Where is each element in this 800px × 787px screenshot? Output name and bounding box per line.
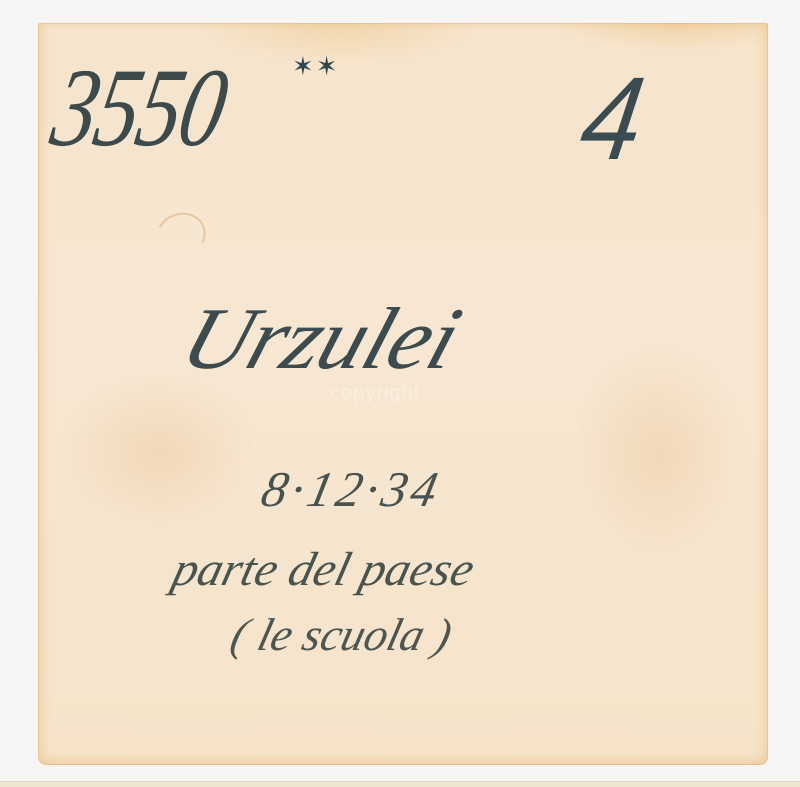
- backing-paper-strip: [0, 781, 800, 787]
- foxing-stain: [150, 206, 212, 264]
- date: 8·12·34: [257, 464, 446, 514]
- catalog-star-marks: ✶✶: [292, 54, 340, 80]
- description-line-1: parte del paese: [168, 546, 479, 594]
- description-line-2: ( le scuola ): [227, 612, 457, 658]
- watermark: copyright: [330, 382, 420, 405]
- catalog-number: 3550: [44, 52, 234, 164]
- place-name: Urzulei: [171, 296, 469, 384]
